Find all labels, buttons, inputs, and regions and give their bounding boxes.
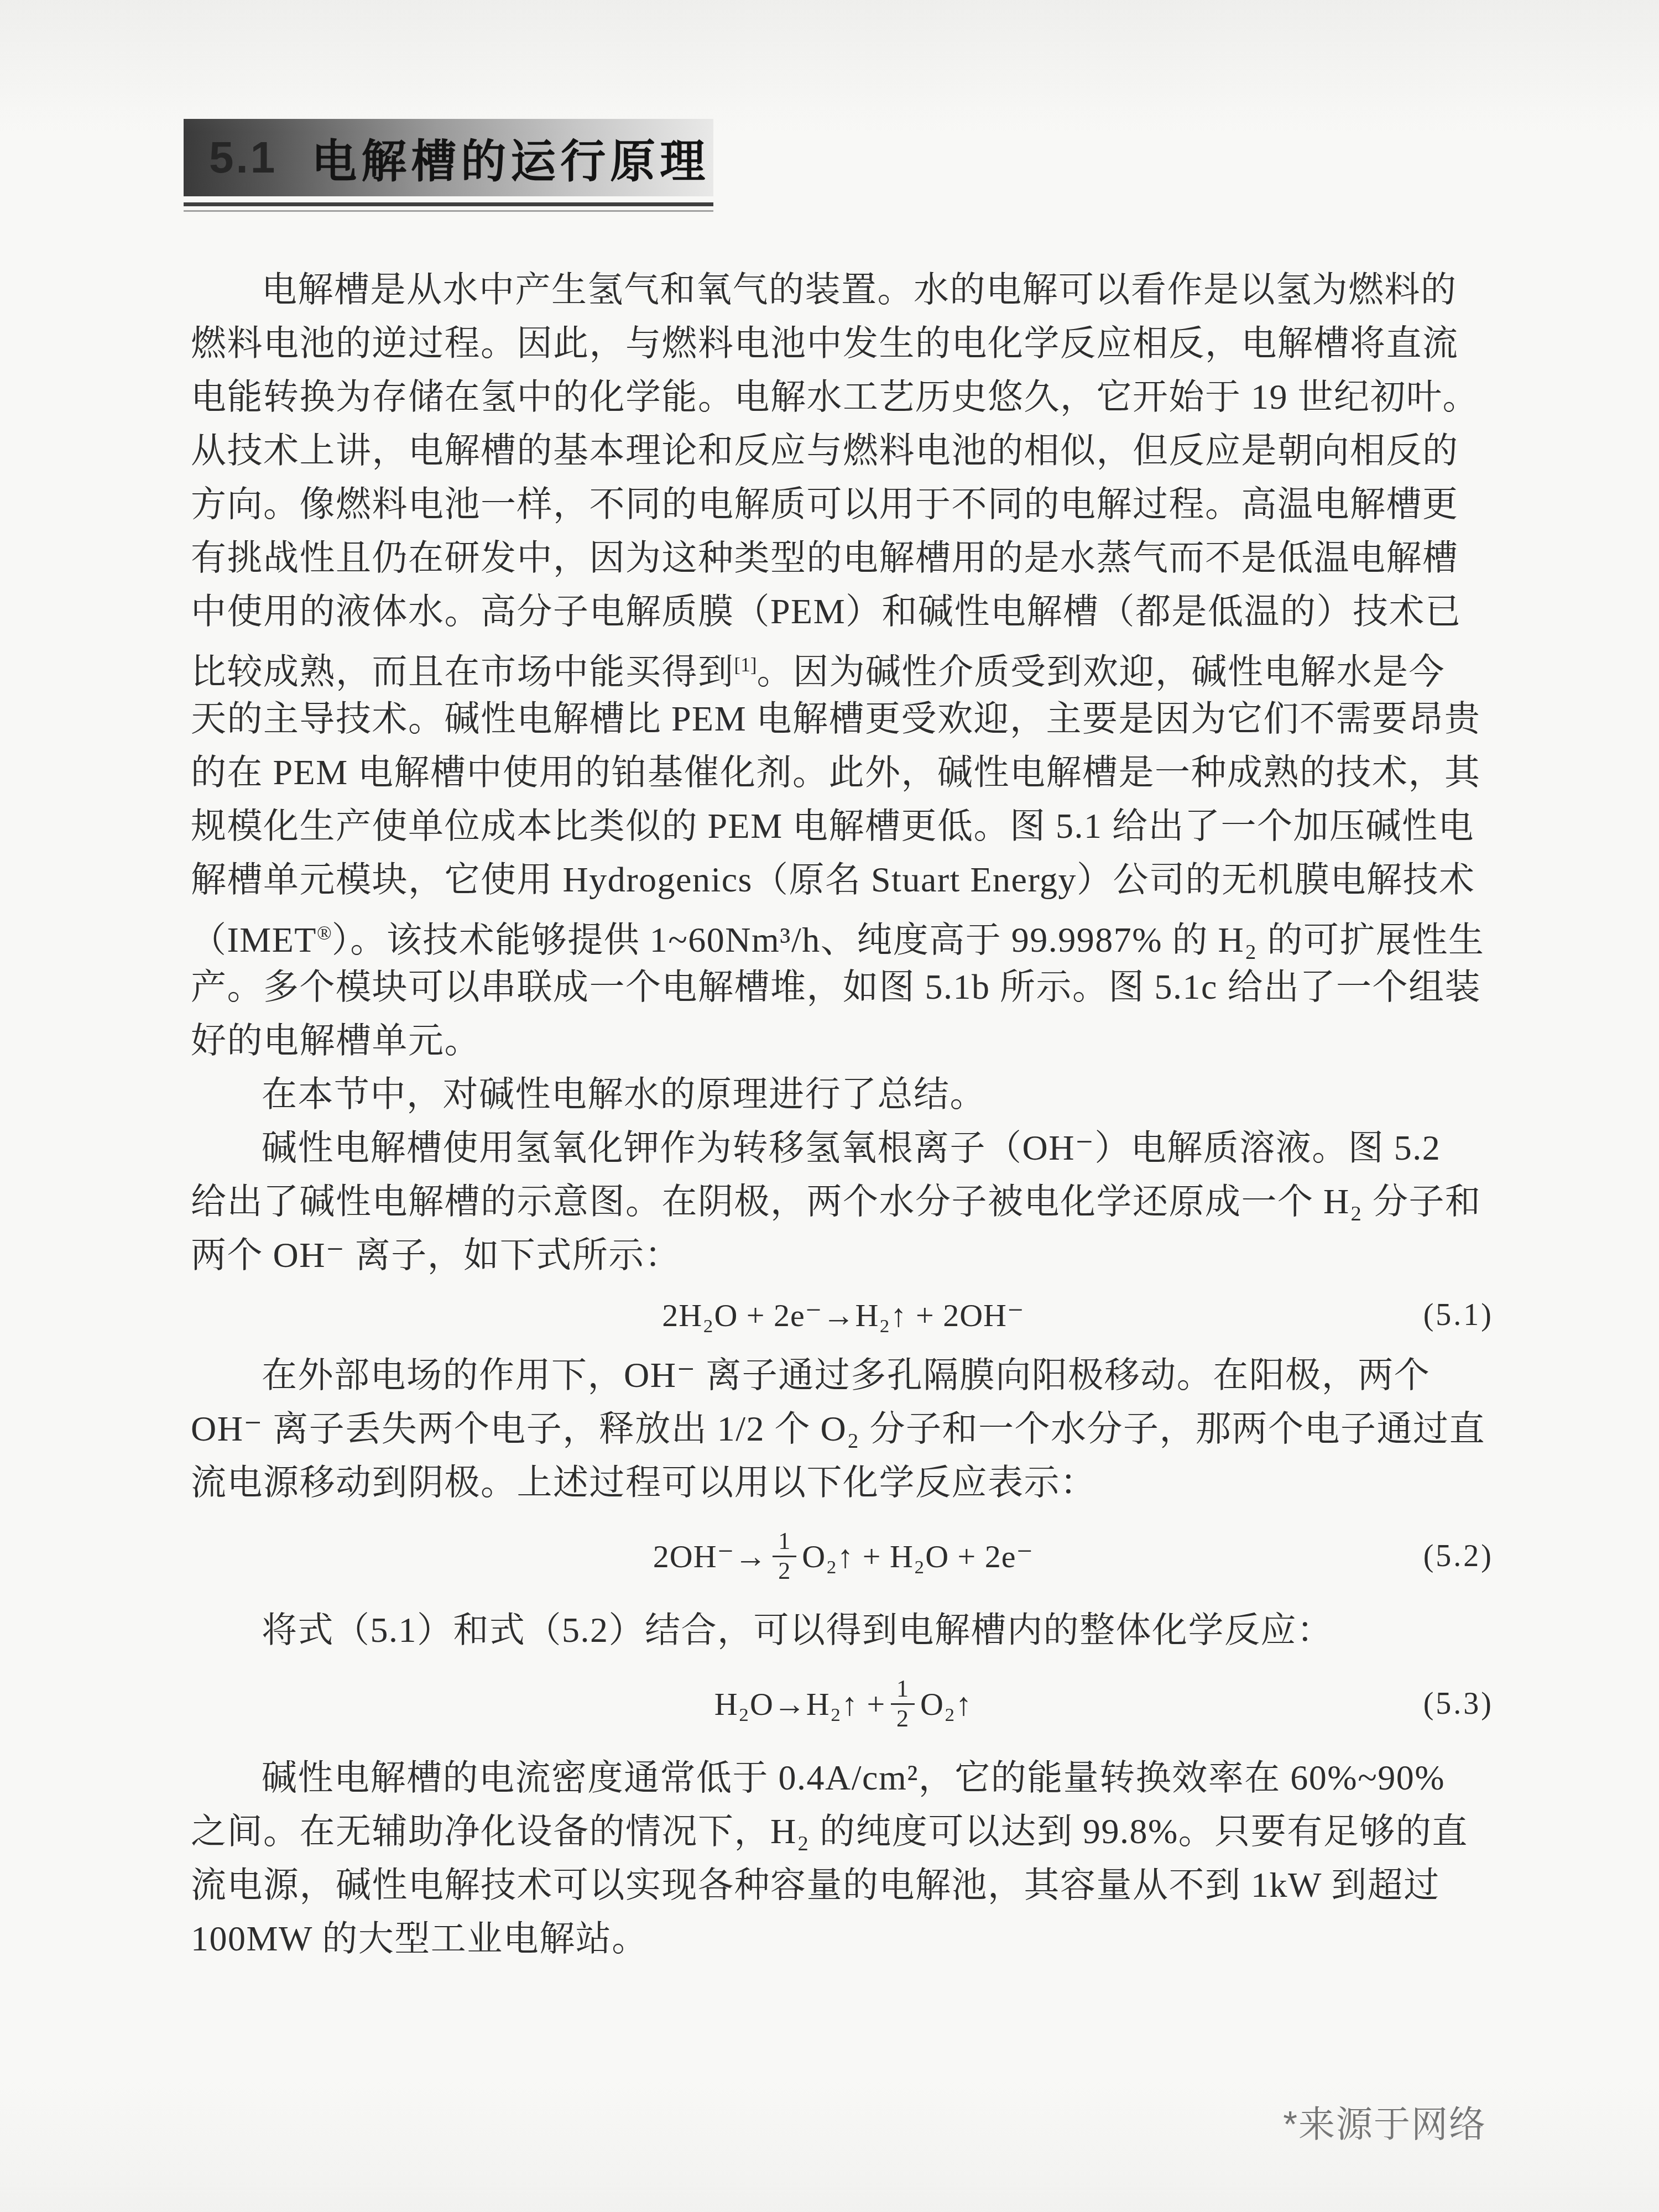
text-line: 之间。在无辅助净化设备的情况下，H₂ 的纯度可以达到 99.8%。只要有足够的直 xyxy=(191,1804,1496,1858)
text-line: 方向。像燃料电池一样，不同的电解质可以用于不同的电解过程。高温电解槽更 xyxy=(191,477,1496,531)
text-line: 100MW 的大型工业电解站。 xyxy=(191,1912,1496,1965)
text-line: 有挑战性且仍在研发中，因为这种类型的电解槽用的是水蒸气而不是低温电解槽 xyxy=(191,531,1496,585)
equation-segment: 2OH⁻→ xyxy=(653,1537,767,1575)
scan-content: 5.1 电解槽的运行原理 电解槽是从水中产生氢气和氧气的装置。水的电解可以看作是… xyxy=(0,0,1659,2212)
section-number: 5.1 xyxy=(209,132,277,183)
equation-segment: O₂↑ xyxy=(920,1686,972,1723)
fraction-denominator: 2 xyxy=(778,1557,791,1585)
text-line: 在本节中，对碱性电解水的原理进行了总结。 xyxy=(191,1067,1496,1121)
registered-trademark: ® xyxy=(317,922,332,944)
citation-reference: [1] xyxy=(734,654,757,676)
text-line: 燃料电池的逆过程。因此，与燃料电池中发生的电化学反应相反，电解槽将直流 xyxy=(191,316,1496,370)
equation-number: (5.1) xyxy=(1423,1297,1494,1333)
header-rule-thick xyxy=(184,202,713,206)
text-line: 从技术上讲，电解槽的基本理论和反应与燃料电池的相似，但反应是朝向相反的 xyxy=(191,424,1496,477)
text-line: 碱性电解槽使用氢氧化钾作为转移氢氧根离子（OH⁻）电解质溶液。图 5.2 xyxy=(191,1121,1496,1175)
text-line: 规模化生产使单位成本比类似的 PEM 电解槽更低。图 5.1 给出了一个加压碱性… xyxy=(191,799,1496,853)
section-header-banner: 5.1 电解槽的运行原理 xyxy=(184,119,713,196)
text-segment: 。因为碱性介质受到欢迎，碱性电解水是今 xyxy=(757,652,1446,691)
fraction-numerator: 1 xyxy=(773,1527,796,1557)
equation-5-3: H₂O→H₂↑ + 12O₂↑ (5.3) xyxy=(191,1657,1496,1751)
text-line: 产。多个模块可以串联成一个电解槽堆，如图 5.1b 所示。图 5.1c 给出了一… xyxy=(191,960,1496,1014)
text-line: 中使用的液体水。高分子电解质膜（PEM）和碱性电解槽（都是低温的）技术已 xyxy=(191,585,1496,638)
equation-5-2: 2OH⁻→12O₂↑ + H₂O + 2e⁻ (5.2) xyxy=(191,1509,1496,1603)
text-line: 好的电解槽单元。 xyxy=(191,1014,1496,1067)
text-line: 两个 OH⁻ 离子，如下式所示： xyxy=(191,1228,1496,1282)
text-segment: 比较成熟，而且在市场中能买得到 xyxy=(191,652,734,691)
text-line: 碱性电解槽的电流密度通常低于 0.4A/cm²，它的能量转换效率在 60%~90… xyxy=(191,1751,1496,1804)
text-line: 天的主导技术。碱性电解槽比 PEM 电解槽更受欢迎，主要是因为它们不需要昂贵 xyxy=(191,692,1496,745)
fraction: 12 xyxy=(891,1675,915,1733)
equation-number: (5.2) xyxy=(1423,1538,1494,1574)
text-line: 将式（5.1）和式（5.2）结合，可以得到电解槽内的整体化学反应： xyxy=(191,1603,1496,1657)
fraction-numerator: 1 xyxy=(891,1675,915,1705)
text-line: 流电源移动到阴极。上述过程可以用以下化学反应表示： xyxy=(191,1455,1496,1509)
text-line: 电能转换为存储在氢中的化学能。电解水工艺历史悠久，它开始于 19 世纪初叶。 xyxy=(191,370,1496,424)
text-line: 在外部电场的作用下，OH⁻ 离子通过多孔隔膜向阳极移动。在阳极，两个 xyxy=(191,1348,1496,1402)
equation-body: 2OH⁻→12O₂↑ + H₂O + 2e⁻ xyxy=(653,1527,1034,1585)
equation-body: 2H₂O + 2e⁻→H₂↑ + 2OH⁻ xyxy=(662,1296,1024,1334)
fraction: 12 xyxy=(773,1527,796,1585)
text-column: 电解槽是从水中产生氢气和氧气的装置。水的电解可以看作是以氢为燃料的 燃料电池的逆… xyxy=(191,263,1496,1965)
text-segment: ）。该技术能够提供 1~60Nm³/h、纯度高于 99.9987% 的 H₂ 的… xyxy=(332,920,1485,959)
equation-segment: O₂↑ + H₂O + 2e⁻ xyxy=(802,1537,1034,1575)
text-line: 解槽单元模块，它使用 Hydrogenics（原名 Stuart Energy）… xyxy=(191,853,1496,906)
equation-body: H₂O→H₂↑ + 12O₂↑ xyxy=(714,1675,972,1733)
text-line: 比较成熟，而且在市场中能买得到[1]。因为碱性介质受到欢迎，碱性电解水是今 xyxy=(191,638,1496,692)
section-title: 电解槽的运行原理 xyxy=(311,126,709,190)
fraction-denominator: 2 xyxy=(896,1705,909,1733)
source-watermark: *来源于网络 xyxy=(1283,2095,1486,2147)
text-segment: （IMET xyxy=(191,920,317,959)
equation-number: (5.3) xyxy=(1423,1686,1494,1721)
text-line: 的在 PEM 电解槽中使用的铂基催化剂。此外，碱性电解槽是一种成熟的技术，其 xyxy=(191,745,1496,799)
text-line: OH⁻ 离子丢失两个电子，释放出 1/2 个 O₂ 分子和一个水分子，那两个电子… xyxy=(191,1402,1496,1455)
text-line: 电解槽是从水中产生氢气和氧气的装置。水的电解可以看作是以氢为燃料的 xyxy=(191,263,1496,316)
equation-segment: H₂O→H₂↑ + xyxy=(714,1686,885,1723)
text-line: （IMET®）。该技术能够提供 1~60Nm³/h、纯度高于 99.9987% … xyxy=(191,906,1496,960)
equation-5-1: 2H₂O + 2e⁻→H₂↑ + 2OH⁻ (5.1) xyxy=(191,1282,1496,1348)
text-line: 流电源，碱性电解技术可以实现各种容量的电解池，其容量从不到 1kW 到超过 xyxy=(191,1858,1496,1912)
scanned-book-page: 5.1 电解槽的运行原理 电解槽是从水中产生氢气和氧气的装置。水的电解可以看作是… xyxy=(0,0,1659,2212)
text-line: 给出了碱性电解槽的示意图。在阴极，两个水分子被电化学还原成一个 H₂ 分子和 xyxy=(191,1175,1496,1228)
header-rule-thin xyxy=(184,210,713,212)
